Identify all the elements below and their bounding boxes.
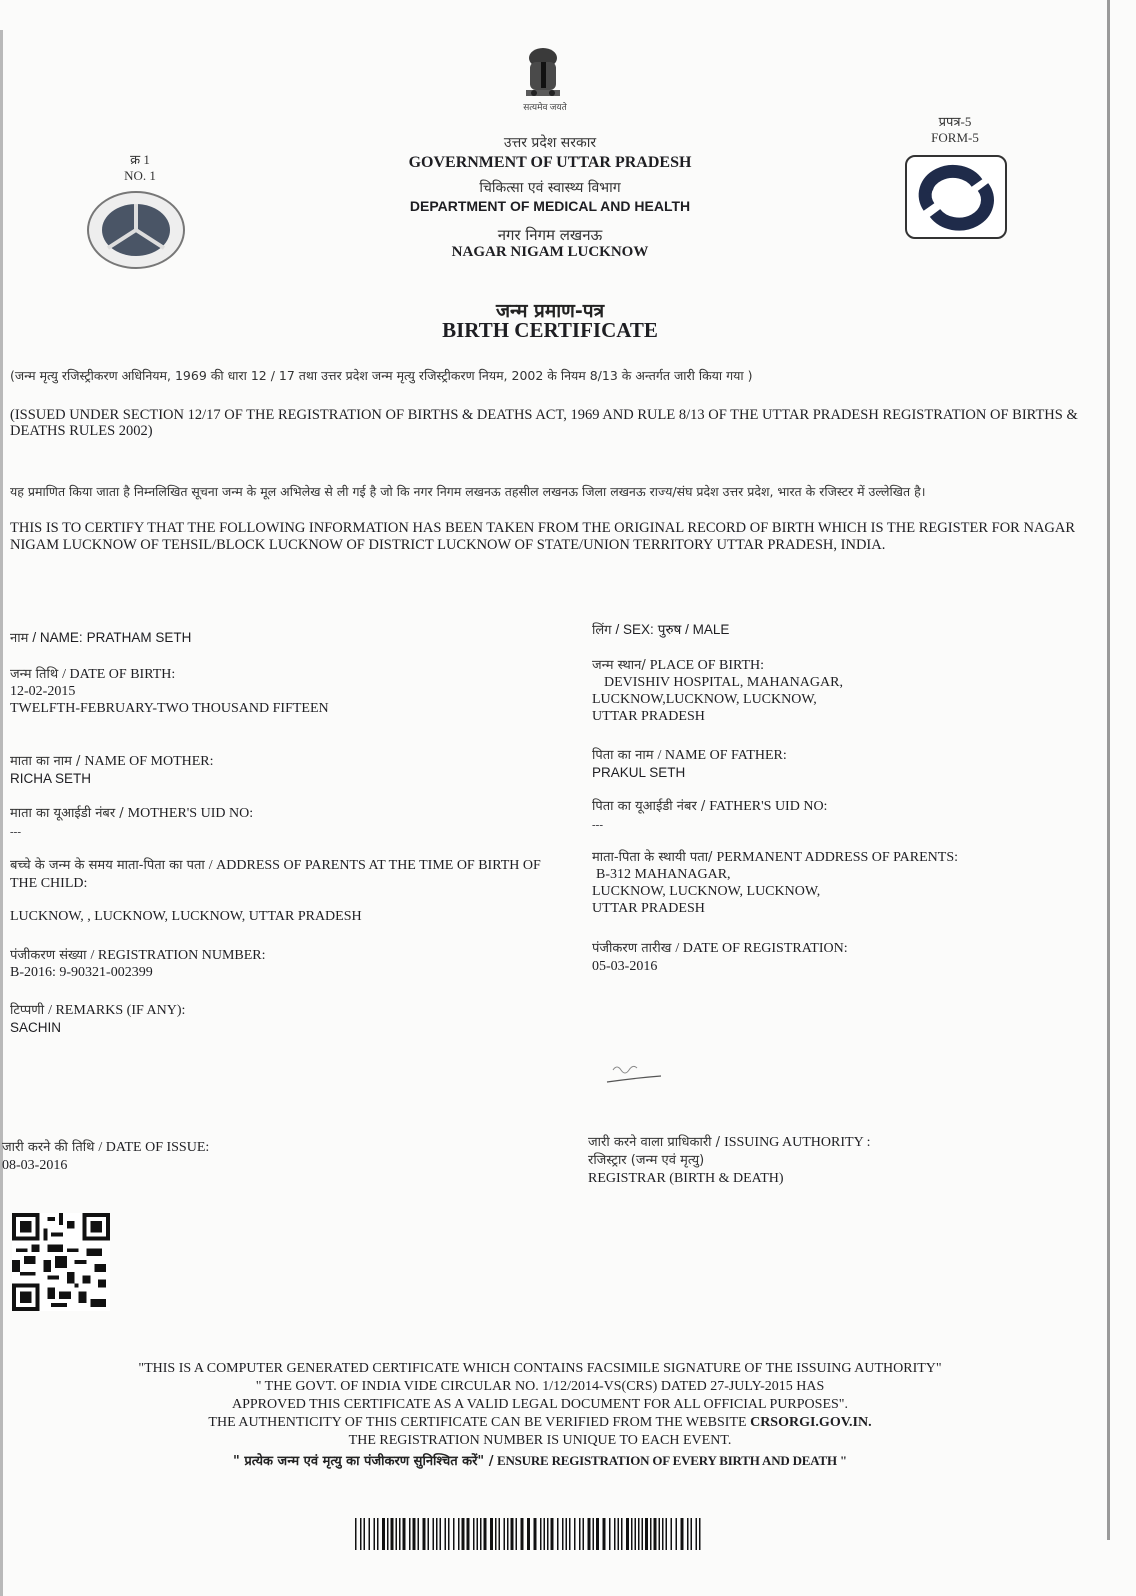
registration-date: 05-03-2016 <box>592 958 848 976</box>
child-name: PRATHAM SETH <box>87 630 192 645</box>
govt-hi: उत्तर प्रदेश सरकार <box>360 133 740 152</box>
permanent-address-line: UTTAR PRADESH <box>592 900 958 917</box>
slogan-hi: " प्रत्येक जन्म एवं मृत्यु का पंजीकरण सु… <box>233 1454 493 1469</box>
field-label-hi: जन्म स्थान/ <box>592 658 646 673</box>
field-label: / DATE OF ISSUE: <box>98 1140 209 1155</box>
issued-under-en: (ISSUED UNDER SECTION 12/17 OF THE REGIS… <box>10 407 1080 439</box>
page-edge <box>1107 0 1110 1540</box>
issuing-authority: REGISTRAR (BIRTH & DEATH) <box>588 1170 871 1188</box>
address-at-birth-field: बच्चे के जन्म के समय माता-पिता का पता / … <box>10 856 570 925</box>
field-label: FATHER'S UID NO: <box>709 799 827 814</box>
field-label-hi: बच्चे के जन्म के समय माता-पिता का पता <box>10 858 205 873</box>
serial-hi: क्र 1 <box>100 150 180 168</box>
issue-date: 08-03-2016 <box>2 1157 209 1175</box>
slogan-en: ENSURE REGISTRATION OF EVERY BIRTH AND D… <box>497 1453 847 1468</box>
issued-under-hi: (जन्म मृत्यु रजिस्ट्रीकरण अधिनियम, 1969 … <box>10 368 1075 384</box>
verify-website-link[interactable]: CRSORGI.GOV.IN. <box>750 1415 872 1430</box>
footer-slogan: " प्रत्येक जन्म एवं मृत्यु का पंजीकरण सु… <box>40 1451 1040 1470</box>
sex-field: लिंग / SEX: पुरुष / MALE <box>592 620 729 639</box>
father-uid-field: पिता का यूआईडी नंबर / FATHER'S UID NO: -… <box>592 797 827 834</box>
field-label: / NAME: <box>32 630 82 645</box>
address-at-birth: LUCKNOW, , LUCKNOW, LUCKNOW, UTTAR PRADE… <box>10 908 570 925</box>
place-of-birth-line: LUCKNOW,LUCKNOW, LUCKNOW, <box>592 691 843 708</box>
date-of-birth: 12-02-2015 <box>10 683 329 700</box>
dept-en: DEPARTMENT OF MEDICAL AND HEALTH <box>360 198 740 214</box>
field-label: / NAME OF FATHER: <box>658 748 787 763</box>
issue-date-field: जारी करने की तिथि / DATE OF ISSUE: 08-03… <box>2 1138 209 1175</box>
footer-disclaimer: "THIS IS A COMPUTER GENERATED CERTIFICAT… <box>40 1361 1040 1377</box>
field-label-hi: जारी करने वाला प्राधिकारी / <box>588 1135 720 1150</box>
footer-unique: THE REGISTRATION NUMBER IS UNIQUE TO EAC… <box>40 1433 1040 1449</box>
father-name: PRAKUL SETH <box>592 764 787 781</box>
body-en: NAGAR NIGAM LUCKNOW <box>360 244 740 261</box>
body-hi: नगर निगम लखनऊ <box>360 225 740 245</box>
name-field: नाम / NAME: PRATHAM SETH <box>10 628 191 647</box>
mother-uid: --- <box>10 823 253 841</box>
permanent-address-line: LUCKNOW, LUCKNOW, LUCKNOW, <box>592 883 958 900</box>
permanent-address-line: B-312 MAHANAGAR, <box>592 866 958 883</box>
field-label-hi: जन्म तिथि <box>10 667 58 682</box>
dob-field: जन्म तिथि / DATE OF BIRTH: 12-02-2015 TW… <box>10 665 329 717</box>
up-government-seal-icon <box>86 190 186 270</box>
father-uid: --- <box>592 816 827 834</box>
footer-circular: " THE GOVT. OF INDIA VIDE CIRCULAR NO. 1… <box>40 1379 1040 1395</box>
field-label-hi: माता का नाम / <box>10 754 80 769</box>
footer-verify: THE AUTHENTICITY OF THIS CERTIFICATE CAN… <box>40 1415 1040 1431</box>
field-label-hi: पंजीकरण तारीख <box>592 941 671 956</box>
emblem-motto: सत्यमेव जयते <box>480 100 610 113</box>
crs-logo-icon <box>905 155 1007 239</box>
issuing-authority-field: जारी करने वाला प्राधिकारी / ISSUING AUTH… <box>588 1133 871 1188</box>
sex: पुरुष / MALE <box>658 622 730 637</box>
registration-number-field: पंजीकरण संख्या / REGISTRATION NUMBER: B-… <box>10 946 266 981</box>
field-label-hi: लिंग <box>592 623 612 638</box>
field-label-hi: टिप्पणी <box>10 1003 44 1018</box>
field-label: PLACE OF BIRTH: <box>650 658 764 673</box>
barcode-icon <box>355 1518 705 1550</box>
field-label: / REMARKS (IF ANY): <box>48 1003 185 1018</box>
qr-code-icon[interactable] <box>12 1213 110 1311</box>
field-label-hi: पंजीकरण संख्या <box>10 948 87 963</box>
field-label: / DATE OF REGISTRATION: <box>675 941 847 956</box>
govt-en: GOVERNMENT OF UTTAR PRADESH <box>360 154 740 172</box>
field-label-hi: पिता का नाम <box>592 748 654 763</box>
registration-number: B-2016: 9-90321-002399 <box>10 964 266 981</box>
certify-hi: यह प्रमाणित किया जाता है निम्नलिखित सूचन… <box>10 484 1075 500</box>
remarks: SACHIN <box>10 1019 185 1036</box>
serial-number: क्र 1 NO. 1 <box>100 150 180 184</box>
place-of-birth-line: DEVISHIV HOSPITAL, MAHANAGAR, <box>592 674 843 691</box>
certify-en: THIS IS TO CERTIFY THAT THE FOLLOWING IN… <box>10 520 1080 554</box>
field-label: / REGISTRATION NUMBER: <box>91 948 266 963</box>
field-label-hi: माता का यूआईडी नंबर / <box>10 806 124 821</box>
certificate-title: BIRTH CERTIFICATE <box>360 318 740 343</box>
form-hi: प्रपत्र-5 <box>905 112 1005 130</box>
serial-en: NO. 1 <box>100 168 180 184</box>
remarks-field: टिप्पणी / REMARKS (IF ANY): SACHIN <box>10 1001 185 1036</box>
footer-approved: APPROVED THIS CERTIFICATE AS A VALID LEG… <box>40 1397 1040 1413</box>
dept-hi: चिकित्सा एवं स्वास्थ्य विभाग <box>360 178 740 197</box>
field-label: PERMANENT ADDRESS OF PARENTS: <box>716 850 958 865</box>
field-label: ISSUING AUTHORITY : <box>724 1135 870 1150</box>
permanent-address-field: माता-पिता के स्थायी पता/ PERMANENT ADDRE… <box>592 848 958 917</box>
form-number: प्रपत्र-5 FORM-5 <box>905 112 1005 146</box>
field-label-hi: नाम <box>10 631 28 646</box>
field-label-hi: पिता का यूआईडी नंबर / <box>592 799 705 814</box>
field-label: / DATE OF BIRTH: <box>62 667 175 682</box>
field-label: NAME OF MOTHER: <box>84 754 213 769</box>
form-en: FORM-5 <box>905 130 1005 146</box>
mother-name: RICHA SETH <box>10 770 214 787</box>
place-of-birth-line: UTTAR PRADESH <box>592 708 843 725</box>
field-label: / SEX: <box>616 622 654 637</box>
field-label-hi: जारी करने की तिथि <box>2 1140 94 1155</box>
mother-uid-field: माता का यूआईडी नंबर / MOTHER'S UID NO: -… <box>10 804 253 841</box>
father-name-field: पिता का नाम / NAME OF FATHER: PRAKUL SET… <box>592 746 787 781</box>
date-of-birth-words: TWELFTH-FEBRUARY-TWO THOUSAND FIFTEEN <box>10 700 329 717</box>
signature-icon <box>605 1058 665 1088</box>
verify-text: THE AUTHENTICITY OF THIS CERTIFICATE CAN… <box>208 1415 746 1430</box>
page-edge <box>0 30 3 1596</box>
registration-date-field: पंजीकरण तारीख / DATE OF REGISTRATION: 05… <box>592 939 848 976</box>
mother-name-field: माता का नाम / NAME OF MOTHER: RICHA SETH <box>10 752 214 787</box>
field-label-hi: माता-पिता के स्थायी पता/ <box>592 850 712 865</box>
field-label: MOTHER'S UID NO: <box>128 806 253 821</box>
issuing-authority-hi: रजिस्ट्रार (जन्म एवं मृत्यु) <box>588 1152 871 1170</box>
place-of-birth-field: जन्म स्थान/ PLACE OF BIRTH: DEVISHIV HOS… <box>592 656 843 725</box>
